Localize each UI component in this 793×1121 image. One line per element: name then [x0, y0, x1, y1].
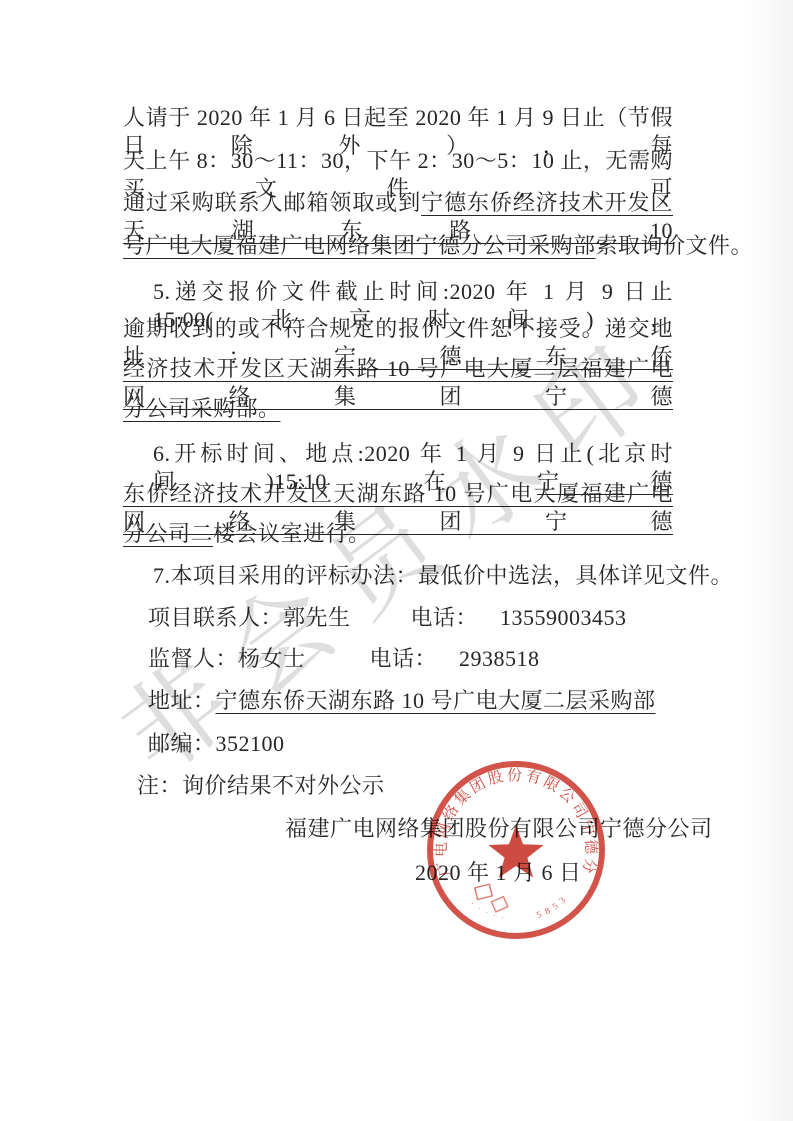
text-line: 5.递交报价文件截止时间:2020 年 1 月 9 日止 15:00(北京时间)…: [153, 278, 673, 306]
text-segment: 项目联系人：郭先生: [148, 605, 351, 630]
text-line: 地址：宁德东侨天湖东路 10 号广电大厦二层采购部: [148, 687, 656, 715]
text-line: 邮编：352100: [148, 730, 285, 758]
svg-text:5853: 5853: [535, 892, 571, 920]
text-gap: [478, 624, 500, 625]
text-line: 项目联系人：郭先生电话：13559003453: [148, 604, 627, 632]
text-segment: 号广电大厦福建广电网络集团宁德分公司采购部: [123, 233, 596, 258]
seal-marks: ·····: [469, 899, 511, 923]
text-line: 监督人：杨女士电话：2938518: [148, 645, 540, 673]
document-body: 人请于 2020 年 1 月 6 日起至 2020 年 1 月 9 日止（节假日…: [0, 0, 793, 1121]
text-gap: [437, 665, 459, 666]
svg-text:·····: ·····: [469, 899, 511, 923]
text-segment: 通过采购联系人邮箱领取或到: [123, 190, 421, 215]
text-line: 逾期收到的或不符合规定的报价文件恕不接受。递交地址：宁德东侨: [123, 315, 673, 343]
company-seal: 福建广电网络集团股份有限公司宁德分公司 5853 ·····: [416, 750, 616, 950]
text-line: 东侨经济技术开发区天湖东路 10 号广电大厦福建广电网络集团宁德: [123, 480, 673, 508]
text-segment: 邮编：352100: [148, 731, 285, 756]
text-gap: [306, 665, 370, 666]
text-line: 通过采购联系人邮箱领取或到宁德东侨经济技术开发区天湖东路 10: [123, 189, 673, 217]
text-segment: 地址：: [148, 688, 216, 713]
text-line: 人请于 2020 年 1 月 6 日起至 2020 年 1 月 9 日止（节假日…: [123, 104, 673, 132]
text-segment: 楼会议室进行。: [213, 521, 371, 546]
text-line: 分公司二楼会议室进行。: [123, 520, 371, 548]
text-line: 6.开标时间、地点:2020 年 1 月 9 日止(北京时间)15:10 在宁德: [153, 440, 673, 468]
seal-inner-mark: [475, 884, 492, 899]
text-segment: 注：询价结果不对外公示: [137, 773, 385, 798]
text-line: 注：询价结果不对外公示: [137, 772, 385, 800]
document-page: 非会员水印 人请于 2020 年 1 月 6 日起至 2020 年 1 月 9 …: [0, 0, 793, 1121]
text-segment: 电话：: [370, 646, 438, 671]
text-line: 经济技术开发区天湖东路 10 号广电大厦二层福建广电网络集团宁德: [123, 355, 673, 383]
text-line: 天上午 8：30～11：30，下午 2：30～5：10 止，无需购买文件，可: [123, 147, 673, 175]
text-segment: 2938518: [459, 646, 540, 671]
text-line: 号广电大厦福建广电网络集团宁德分公司采购部索取询价文件。: [123, 232, 753, 260]
text-segment: 分公司二: [123, 521, 213, 546]
text-segment: 电话：: [411, 605, 479, 630]
text-line: 分公司采购部。: [123, 395, 281, 423]
seal-serial: 5853: [535, 892, 571, 920]
text-gap: [351, 624, 411, 625]
text-segment: 监督人：杨女士: [148, 646, 306, 671]
text-segment: 索取询价文件。: [596, 233, 754, 258]
text-segment: 分公司采购部。: [123, 396, 281, 421]
seal-inner-mark: [491, 897, 507, 912]
text-segment: 宁德东侨天湖东路 10 号广电大厦二层采购部: [216, 688, 656, 713]
star-icon: [488, 825, 543, 877]
text-line: 7.本项目采用的评标办法：最低价中选法，具体详见文件。: [153, 562, 733, 590]
text-segment: 13559003453: [500, 605, 627, 630]
text-segment: 7.本项目采用的评标办法：最低价中选法，具体详见文件。: [153, 563, 733, 588]
